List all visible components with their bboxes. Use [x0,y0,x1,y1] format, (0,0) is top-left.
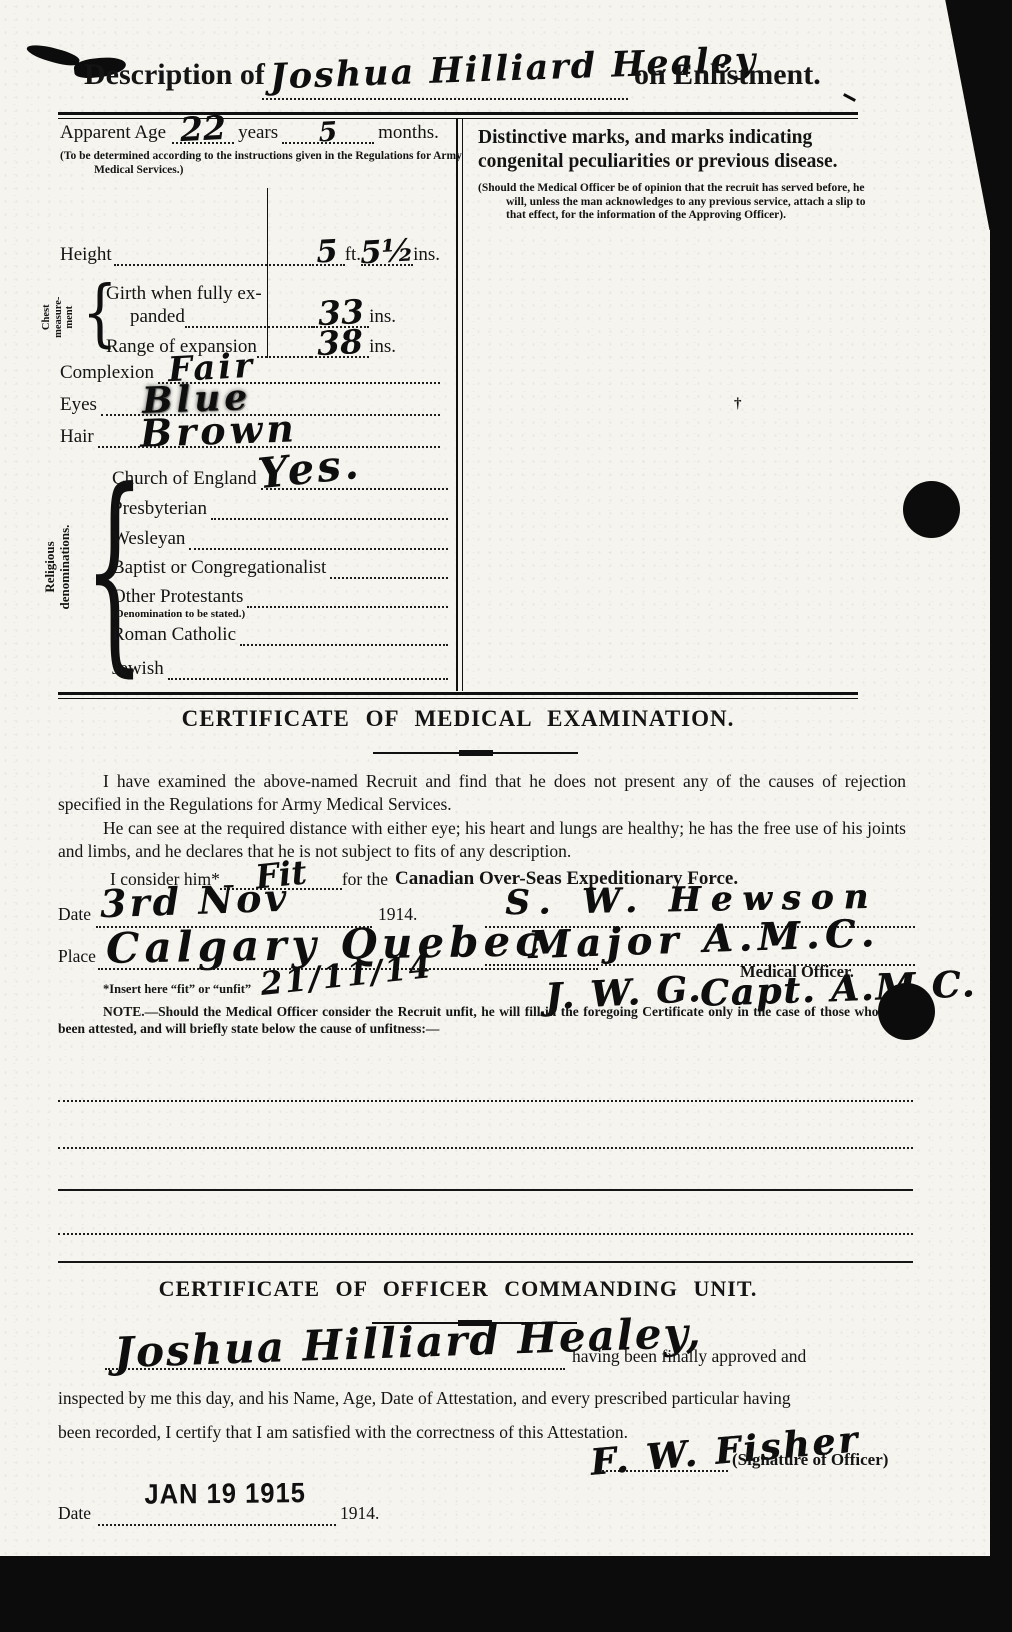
religion-label-line: Religious [42,480,57,654]
height-in-slot: 5½ [361,260,413,266]
consider-mid-text: for the [342,869,388,890]
religion-row-other-protestants: Other Protestants [112,584,448,608]
ink-speck [843,93,856,102]
insert-fit-note: *Insert here “fit” or “unfit” [103,982,251,997]
column-separator [456,119,463,691]
religion-row-roman-catholic: Roman Catholic [112,622,448,646]
unfitness-note: NOTE.—Should the Medical Officer conside… [58,1004,910,1037]
bottom-date-year: 1914. [340,1503,379,1524]
date-value: 3rd Nov [99,875,290,927]
apparent-age-note: (To be determined according to the instr… [60,150,490,177]
ft-label: ft. [345,244,361,266]
girth-label-line1: Girth when fully ex- [106,283,262,305]
heading-divider [373,752,578,754]
age-months-slot: 5 [282,138,374,144]
months-label: months. [378,122,439,144]
enlistment-form-page: † Description of Joshua Hilliard Healey … [0,0,1012,1632]
height-ft-slot: 5 [309,260,345,266]
age-months-value: 5 [318,117,338,149]
chest-label-line: measure- [52,283,64,351]
apparent-age-row: Apparent Age 22 years 5 months. [60,122,452,144]
chest-label-line: ment [64,283,76,351]
religion-row-baptist: Baptist or Congregationalist [112,555,448,579]
scan-edge-corner [937,0,1012,230]
religion-label-line: denominations. [57,480,72,654]
leader-dots [189,546,448,550]
distinctive-marks-note: (Should the Medical Officer be of opinio… [478,182,878,223]
blank-line [58,1098,913,1102]
chest-measurement-vertical-label: Chest measure- ment [41,283,76,351]
date-label: Date [58,904,91,925]
religion-label: Baptist or Congregationalist [112,557,326,579]
medical-paragraph-2: He can see at the required distance with… [58,817,906,862]
medical-certificate-heading: CERTIFICATE OF MEDICAL EXAMINATION. [58,706,858,732]
religion-label: Roman Catholic [112,624,236,646]
bottom-date-line [98,1500,336,1526]
leader-dots [114,262,307,266]
expansion-value: 38 [316,322,364,363]
blank-line [58,1145,913,1149]
leader-dots [211,516,448,520]
scan-edge-right [990,0,1012,1632]
religion-row-presbyterian: Presbyterian [112,496,448,520]
value-column-line [267,188,268,358]
commanding-certificate-heading: CERTIFICATE OF OFFICER COMMANDING UNIT. [58,1276,858,1302]
bottom-date-label: Date [58,1503,91,1524]
expansion-unit: ins. [369,336,396,358]
age-years-slot: 22 [172,138,234,144]
height-row: Height 5 ft. 5½ ins. [60,244,440,266]
leader-dots [247,604,448,608]
medical-paragraph-1: I have examined the above-named Recruit … [58,770,906,815]
height-ft-value: 5 [315,233,338,270]
expansion-slot: 38 [311,352,369,358]
religion-label: Wesleyan [112,528,185,550]
hole-punch [903,481,960,538]
religion-label: Other Protestants [112,586,243,608]
religion-row-jewish: Jewish [112,656,448,680]
leader-dots [330,575,448,579]
hole-punch [878,983,935,1040]
form-title-suffix: on Enlistment. [634,58,821,92]
horizontal-rule [58,112,858,119]
blank-line [58,1189,913,1191]
ink-mark: † [734,396,742,413]
chest-label-line: Chest [41,283,53,351]
religion-label: Jewish [112,658,164,680]
other-protestants-note: (Denomination to be stated.) [112,608,245,622]
commanding-body-line2: inspected by me this day, and his Name, … [58,1388,906,1409]
leader-dots [185,324,313,328]
leader-dots [257,354,311,358]
form-title-prefix: Description of [84,58,265,92]
apparent-age-label: Apparent Age [60,122,166,144]
place-label: Place [58,946,96,967]
distinctive-marks-heading: Distinctive marks, and marks indicating … [478,126,854,174]
approved-text: having been finally approved and [572,1346,806,1367]
horizontal-rule [58,692,858,699]
ins-label: ins. [413,244,440,266]
height-label: Height [60,244,112,266]
blank-line [58,1261,913,1263]
religion-label: Presbyterian [112,498,207,520]
religious-denominations-vertical-label: Religious denominations. [42,480,72,654]
age-years-value: 22 [179,108,227,149]
scan-edge-bottom [0,1556,1012,1632]
blank-line [58,1231,913,1235]
years-label: years [238,122,278,144]
height-in-value: 5½ [359,233,415,272]
girth-unit: ins. [369,306,396,328]
religion-row-wesleyan: Wesleyan [112,526,448,550]
leader-dots [168,676,448,680]
signature-of-officer-label: (Signature of Officer) [732,1450,888,1470]
ink-blob [25,41,81,69]
leader-dots [240,642,448,646]
religion-label: Church of England [112,468,257,490]
